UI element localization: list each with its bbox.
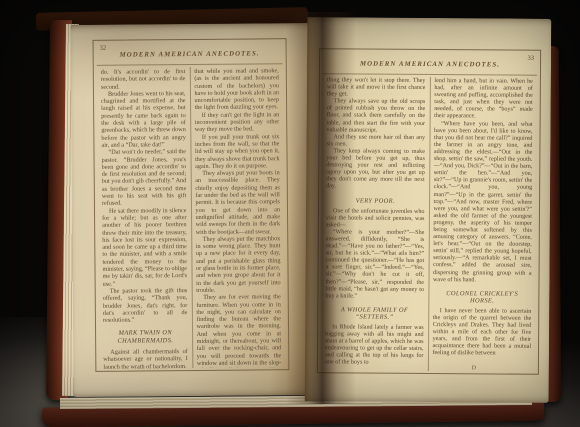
right-running-head: MODERN AMERICAN ANECDOTES. — [360, 61, 500, 69]
paragraph: In Rhode Island lately a farmer was tugg… — [325, 324, 424, 367]
text-column-left-1: do. It's accordin' to de first resolutio… — [97, 67, 192, 369]
paragraph: Against all chambermaids of whatsoever a… — [103, 348, 188, 369]
paragraph: The pastor took the gift thus offered, s… — [103, 287, 188, 324]
paragraph: One of the unfortunate juveniles who vis… — [326, 208, 425, 230]
paragraph: They always save up the old scraps of pr… — [327, 99, 426, 135]
paragraph: If you pull your trunk out six inches fr… — [195, 133, 280, 170]
text-column-right-1: thing they won't let it stop there. They… — [321, 76, 430, 371]
book-photo-scene: 32 MODERN AMERICAN ANECDOTES. do. It's a… — [0, 0, 580, 427]
paragraph: He sat there moodily in silence for a wh… — [102, 207, 187, 288]
paragraph: that while you read and smoke, (as is th… — [194, 67, 279, 112]
right-page-frame: MODERN AMERICAN ANECDOTES. 33 thing they… — [317, 48, 541, 375]
paragraph: They always put your boots in an inacces… — [195, 169, 280, 235]
right-page-number: 33 — [528, 55, 535, 62]
paragraph: do. It's accordin' to de first resolutio… — [101, 68, 186, 91]
right-page-header: MODERN AMERICAN ANECDOTES. 33 — [323, 51, 537, 75]
text-column-left-2: that while you read and smoke, (as is th… — [189, 66, 285, 368]
section-heading: VERY POOR. — [329, 197, 422, 205]
right-page: MODERN AMERICAN ANECDOTES. 33 thing they… — [305, 17, 552, 403]
paragraph: “Where have you been, and what have you … — [433, 121, 533, 285]
paragraph: If they can't get the light in an inconv… — [195, 111, 280, 134]
paragraph: They keep always coming to make your bed… — [326, 148, 425, 191]
paragraph: They are for ever moving the furniture. … — [196, 293, 281, 368]
section-heading: MARK TWAIN ON CHAMBERMAIDS. — [106, 329, 185, 344]
left-page-frame: 32 MODERN AMERICAN ANECDOTES. do. It's a… — [93, 38, 290, 372]
paragraph: Brudder Jones went to his seat, chagrine… — [101, 90, 186, 149]
left-page: 32 MODERN AMERICAN ANECDOTES. do. It's a… — [70, 23, 313, 397]
left-page-number: 32 — [100, 45, 107, 52]
paragraph: thing they won't let it stop there. They… — [327, 77, 426, 99]
paragraph: They always put the matchbox in some wro… — [196, 235, 281, 294]
signature-mark: D — [472, 365, 476, 371]
paragraph: And they use more hair oil than any six … — [326, 134, 425, 149]
text-column-right-2: lend him a hand, but in vain. When he ha… — [427, 77, 537, 372]
left-page-header: 32 MODERN AMERICAN ANECDOTES. — [97, 41, 283, 66]
right-page-columns: thing they won't let it stop there. They… — [321, 76, 537, 371]
paragraph: lend him a hand, but in vain. When he ha… — [434, 78, 533, 121]
section-heading: COLONEL CRICKLEY'S HORSE. — [436, 290, 529, 305]
left-page-columns: do. It's accordin' to de first resolutio… — [97, 66, 286, 369]
paragraph: I have never been able to ascertain the … — [432, 308, 531, 358]
paragraph: “Where is your mother?”—She answered, di… — [325, 229, 424, 301]
left-running-head: MODERN AMERICAN ANECDOTES. — [120, 50, 260, 58]
paragraph: “Dat won't do needer,” said the pastor. … — [101, 148, 186, 207]
section-heading: A WHOLE FAMILY OF “SETTERS.” — [328, 306, 421, 321]
